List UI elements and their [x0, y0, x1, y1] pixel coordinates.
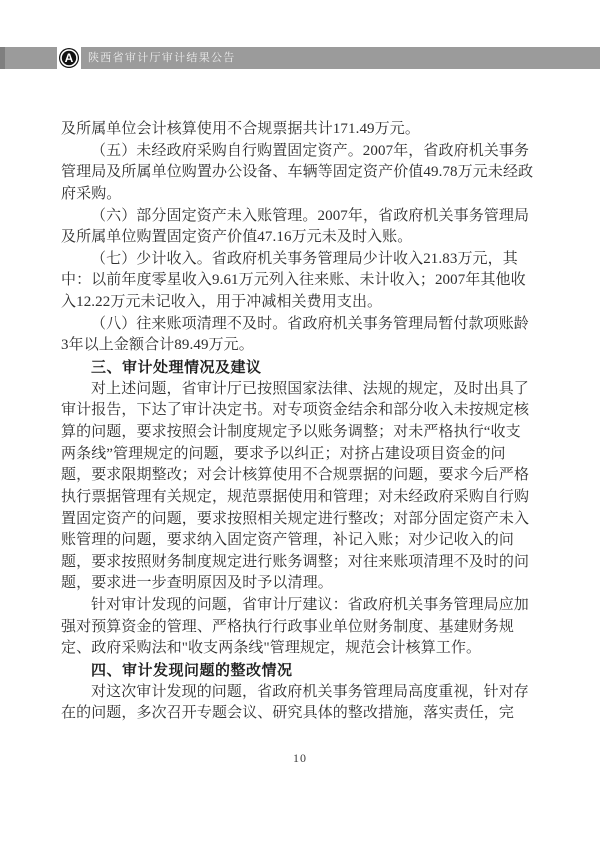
- document-body: 及所属单位会计核算使用不合规票据共计171.49万元。（五）未经政府采购自行购置…: [61, 119, 539, 725]
- text-line: 中：以前年度零星收入9.61万元列入往来账、未计收入；2007年其他收: [61, 270, 539, 292]
- header-title: 陕西省审计厅审计结果公告: [88, 52, 236, 64]
- text-line: （八）往来账项清理不及时。省政府机关事务管理局暂付款项账龄: [61, 314, 539, 336]
- text-line: 算的问题，要求按照会计制度规定予以账务调整；对未严格执行“收支: [61, 422, 539, 444]
- header-bar: A 陕西省审计厅审计结果公告: [0, 47, 600, 69]
- text-line: 执行票据管理有关规定，规范票据使用和管理；对未经政府采购自行购: [61, 487, 539, 509]
- page-number: 10: [0, 751, 600, 766]
- text-line: 府采购。: [61, 184, 539, 206]
- section-heading: 三、审计处理情况及建议: [61, 357, 539, 379]
- audit-emblem-icon: A: [57, 46, 81, 70]
- document-page: A 陕西省审计厅审计结果公告 及所属单位会计核算使用不合规票据共计171.49万…: [0, 0, 600, 848]
- text-line: 账管理的问题，要求纳入固定资产管理，补记入账；对少记收入的问: [61, 530, 539, 552]
- text-line: （五）未经政府采购自行购置固定资产。2007年，省政府机关事务: [61, 141, 539, 163]
- text-line: 题，要求限期整改；对会计核算使用不合规票据的问题，要求今后严格: [61, 465, 539, 487]
- svg-text:A: A: [65, 51, 74, 65]
- text-line: 及所属单位购置固定资产价值47.16万元未及时入账。: [61, 227, 539, 249]
- text-line: 针对审计发现的问题，省审计厅建议：省政府机关事务管理局应加: [61, 595, 539, 617]
- text-line: （六）部分固定资产未入账管理。2007年，省政府机关事务管理局: [61, 206, 539, 228]
- text-line: （七）少计收入。省政府机关事务管理局少计收入21.83万元，其: [61, 249, 539, 271]
- section-heading: 四、审计发现问题的整改情况: [61, 660, 539, 682]
- text-line: 题，要求进一步查明原因及时予以清理。: [61, 573, 539, 595]
- text-line: 3年以上金额合计89.49万元。: [61, 335, 539, 357]
- text-line: 在的问题，多次召开专题会议、研究具体的整改措施，落实责任，完: [61, 703, 539, 725]
- page-edge-shadow: [0, 47, 5, 69]
- text-line: 题，要求按照财务制度规定进行账务调整；对往来账项清理不及时的问: [61, 552, 539, 574]
- text-line: 入12.22万元未记收入，用于冲减相关费用支出。: [61, 292, 539, 314]
- text-line: 审计报告，下达了审计决定书。对专项资金结余和部分收入未按规定核: [61, 400, 539, 422]
- text-line: 管理局及所属单位购置办公设备、车辆等固定资产价值49.78万元未经政: [61, 162, 539, 184]
- text-line: 定、政府采购法和"收支两条线"管理规定，规范会计核算工作。: [61, 638, 539, 660]
- text-line: 对这次审计发现的问题，省政府机关事务管理局高度重视，针对存: [61, 682, 539, 704]
- text-line: 强对预算资金的管理、严格执行行政事业单位财务制度、基建财务规: [61, 617, 539, 639]
- text-line: 对上述问题，省审计厅已按照国家法律、法规的规定，及时出具了: [61, 379, 539, 401]
- text-line: 及所属单位会计核算使用不合规票据共计171.49万元。: [61, 119, 539, 141]
- text-line: 置固定资产的问题，要求按照相关规定进行整改；对部分固定资产未入: [61, 509, 539, 531]
- text-line: 两条线”管理规定的问题，要求予以纠正；对挤占建设项目资金的问: [61, 444, 539, 466]
